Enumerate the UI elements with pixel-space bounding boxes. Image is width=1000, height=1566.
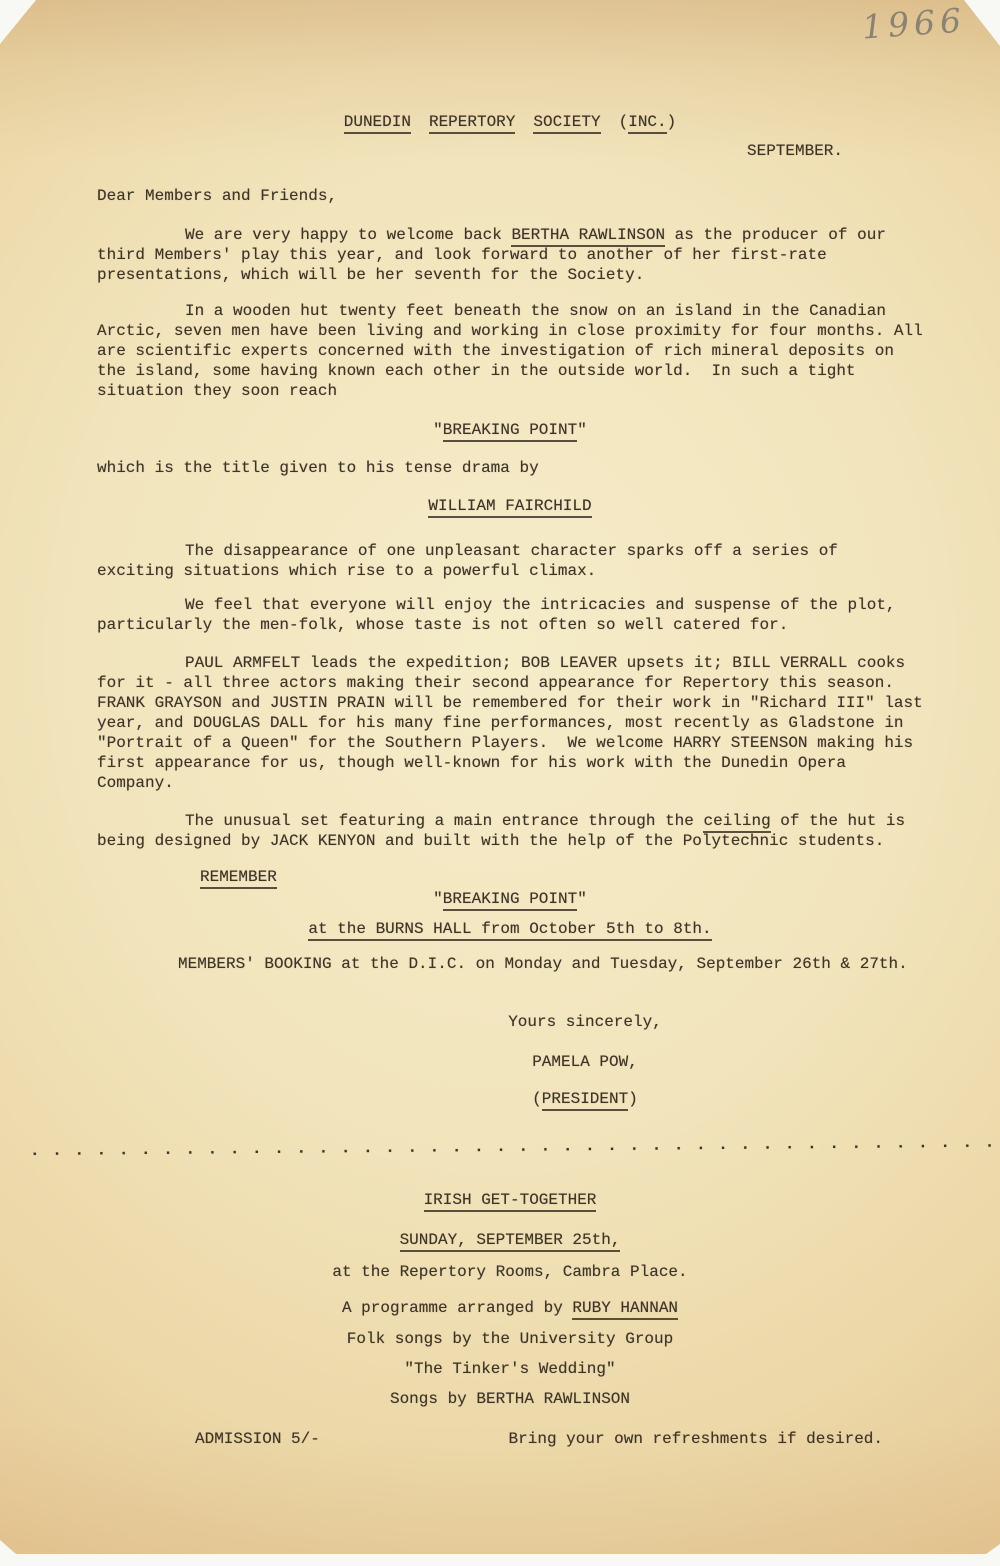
- paragraph-suspense: We feel that everyone will enjoy the int…: [97, 595, 923, 635]
- event-date-text: SUNDAY, SEPTEMBER 25th,: [400, 1231, 621, 1252]
- signature-role: (PRESIDENT): [247, 1089, 923, 1109]
- link-line: which is the title given to his tense dr…: [97, 458, 923, 478]
- underlined-ceiling: ceiling: [703, 812, 770, 833]
- date-line: SEPTEMBER.: [97, 141, 843, 161]
- admission-price: ADMISSION 5/-: [195, 1429, 320, 1449]
- letter-content: DUNEDINREPERTORYSOCIETY(INC.) SEPTEMBER.…: [0, 112, 923, 1449]
- event-programme: A programme arranged by RUBY HANNAN: [97, 1298, 923, 1318]
- paren-open: (: [619, 113, 629, 131]
- quote-mark: ": [577, 421, 587, 439]
- play-title-text: BREAKING POINT: [443, 890, 577, 911]
- inc-text: INC.: [628, 113, 666, 134]
- title-inc: (INC.): [619, 113, 677, 131]
- title-word: REPERTORY: [429, 113, 515, 134]
- paragraph-producer: We are very happy to welcome back BERTHA…: [97, 225, 923, 285]
- author-heading: WILLIAM FAIRCHILD: [97, 496, 923, 516]
- venue-line: at the BURNS HALL from October 5th to 8t…: [97, 919, 923, 939]
- title-word: SOCIETY: [533, 113, 600, 134]
- booking-line: MEMBERS' BOOKING at the D.I.C. on Monday…: [97, 954, 923, 974]
- paragraph-cast: PAUL ARMFELT leads the expedition; BOB L…: [97, 653, 923, 793]
- closing-block: Yours sincerely, PAMELA POW, (PRESIDENT): [247, 1012, 923, 1109]
- text-segment: The unusual set featuring a main entranc…: [185, 812, 703, 830]
- name-bertha-rawlinson: BERTHA RAWLINSON: [511, 226, 665, 247]
- event-venue: at the Repertory Rooms, Cambra Place.: [97, 1262, 923, 1282]
- valediction: Yours sincerely,: [247, 1012, 923, 1032]
- title-word: DUNEDIN: [344, 113, 411, 134]
- venue-text: at the BURNS HALL from October 5th to 8t…: [308, 920, 711, 941]
- signature-name: PAMELA POW,: [247, 1052, 923, 1072]
- admission-row: ADMISSION 5/- Bring your own refreshment…: [195, 1429, 883, 1449]
- salutation: Dear Members and Friends,: [97, 186, 923, 206]
- event-songs: Songs by BERTHA RAWLINSON: [97, 1389, 923, 1409]
- letter-page: 1966 DUNEDINREPERTORYSOCIETY(INC.) SEPTE…: [0, 0, 1000, 1554]
- paren-open: (: [532, 1090, 542, 1108]
- remember-label: REMEMBER: [200, 867, 923, 887]
- author-name: WILLIAM FAIRCHILD: [428, 497, 591, 518]
- event-title: IRISH GET-TOGETHER: [97, 1190, 923, 1210]
- play-title-heading: "BREAKING POINT": [97, 420, 923, 440]
- paragraph-plot: The disappearance of one unpleasant char…: [97, 541, 923, 581]
- event-folk-songs: Folk songs by the University Group: [97, 1329, 923, 1349]
- quote-mark: ": [577, 890, 587, 908]
- text-segment: A programme arranged by: [342, 1299, 572, 1317]
- play-title-text: BREAKING POINT: [443, 421, 577, 442]
- paragraph-synopsis: In a wooden hut twenty feet beneath the …: [97, 301, 923, 401]
- event-title-text: IRISH GET-TOGETHER: [424, 1191, 597, 1212]
- handwritten-year: 1966: [861, 10, 966, 37]
- event-date: SUNDAY, SEPTEMBER 25th,: [97, 1230, 923, 1250]
- paragraph-set: The unusual set featuring a main entranc…: [97, 811, 923, 851]
- quote-mark: ": [433, 421, 443, 439]
- text-segment: We are very happy to welcome back: [185, 226, 511, 244]
- page-title: DUNEDINREPERTORYSOCIETY(INC.): [97, 112, 923, 132]
- refreshments-note: Bring your own refreshments if desired.: [509, 1429, 883, 1449]
- play-title-heading-2: "BREAKING POINT": [97, 889, 923, 909]
- name-ruby-hannan: RUBY HANNAN: [572, 1299, 678, 1320]
- remember-text: REMEMBER: [200, 868, 277, 889]
- role-text: PRESIDENT: [542, 1090, 628, 1111]
- event-play: "The Tinker's Wedding": [97, 1359, 923, 1379]
- paren-close: ): [667, 113, 677, 131]
- quote-mark: ": [433, 890, 443, 908]
- paren-close: ): [628, 1090, 638, 1108]
